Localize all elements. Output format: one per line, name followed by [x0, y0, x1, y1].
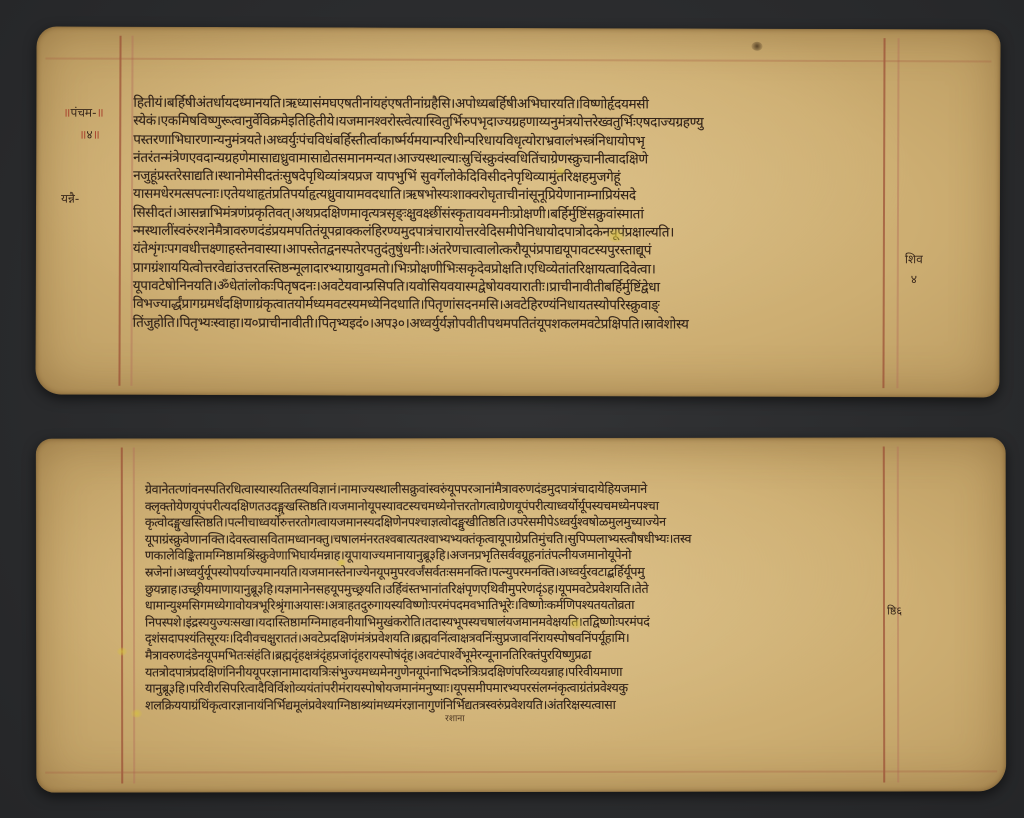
red-ruling-line	[45, 58, 991, 62]
red-ruling-line	[118, 36, 121, 386]
red-ruling-line	[45, 770, 997, 773]
text-line: छुयन्नाह।उच्छ्रीयमाणायानुब्रू३हि।यज्ञमान…	[145, 580, 891, 598]
text-line: सिसीदतं।आसन्नाभिमंत्रणंप्रकृतिवत्।अथप्रद…	[133, 204, 895, 225]
text-line: मैत्रावरुणदंडेनयूपमभितःसंहंति।ब्रह्मदृंह…	[145, 646, 891, 664]
left-margin-folio-number: ॥४॥	[79, 128, 100, 142]
stain	[131, 710, 142, 718]
top-leaf-text-block: हितीयं।बर्हिषीअंतर्धायदध्मानयति।ऋध्यासंम…	[133, 94, 896, 334]
top-manuscript-leaf: ॥पंचम-॥ ॥४॥ यन्नै- शिव ४ हितीयं।बर्हिषीअ…	[35, 26, 1000, 397]
manuscript-photo: ॥पंचम-॥ ॥४॥ यन्नै- शिव ४ हितीयं।बर्हिषीअ…	[0, 0, 1024, 818]
text-line: धामान्युश्मसिगमध्येगावोयत्रभूरिश्रृंगाअय…	[145, 597, 891, 615]
margin-correction-note: ष्ठि६	[887, 604, 902, 618]
red-ruling-line	[896, 38, 899, 388]
text-line: निपस्पशे।इंद्रस्ययुज्यःसखा।यदास्तिष्ठामग…	[145, 613, 891, 631]
text-line: कृत्वोदङ्मुखस्तिष्ठति।पत्नीचाध्वर्योरुत्…	[145, 514, 891, 532]
text-line: प्रागग्रंशाययित्वोत्तरवेद्यांउत्तरतस्तिष…	[133, 258, 895, 279]
stain	[569, 619, 582, 629]
bottom-manuscript-leaf: ग्रेवानेतत्णांवनस्पतिरधित्वास्यास्यतितस्…	[36, 437, 1006, 792]
stain	[752, 42, 763, 51]
text-line: यूपावटेषोनिनयति।ॐधेतांलोकःपितृषदनः।अवटेय…	[133, 277, 895, 298]
text-line: यासमधेरमत्सपत्नाः।एतेयथाहृतंप्रतिपर्याहृ…	[133, 185, 895, 206]
red-ruling-line	[133, 448, 135, 784]
text-line: यंतेशृंगःपगवधीत्तक्ष्णाहस्तेनवास्या।आपस्…	[133, 240, 895, 261]
right-margin-deity-label: शिव	[905, 252, 923, 266]
text-line: विभज्यार्द्धंप्रागग्रमर्धंदक्षिणाग्रंकृत…	[133, 295, 895, 316]
left-margin-section-label: ॥पंचम-॥	[63, 106, 103, 120]
text-line: णकालेविङ्कितामग्निष्ठामश्रिंस्क्रुवेणाभि…	[145, 547, 891, 565]
right-margin-folio-number: ४	[911, 272, 917, 286]
red-ruling-line	[121, 448, 123, 784]
left-margin-catchword: यन्नै-	[61, 192, 79, 206]
text-line: दृशंसदापश्यंतिसूरयः।दिवीवचक्षुराततं।अवटे…	[145, 630, 891, 648]
text-line: नंतरंतन्मंत्रेणएवदान्यग्रहणेमासाद्यध्रुव…	[133, 149, 895, 170]
danda-mark: ॥	[93, 128, 100, 142]
text-line: स्येकं।एकमिषविष्णुरूत्वानुर्वेविक्रमेइति…	[133, 112, 895, 133]
text-line: शलक्रिययाग्रंथिंकृत्वारज्ञानायंनिर्भिद्य…	[145, 696, 891, 714]
text-line: क्लृक्तोयेणयूपंपरीत्यदक्षिणतउदङ्मुखस्तिष…	[145, 497, 891, 515]
text-line: यूपाग्रंस्क्रुवेणानक्ति।देवस्त्वासवितामध…	[145, 530, 891, 548]
text-line: पस्तरणाभिघारणान्यनुमंत्रयते।अध्वर्युःपंच…	[133, 130, 895, 151]
text-line: नजुहूंप्रस्तरेसाद्यति।स्थानोमेसीदतंःसुषद…	[133, 167, 895, 188]
text-line: स्रजेनां।अध्वर्युर्यूपस्योपर्याज्यमानयति…	[145, 563, 891, 581]
stain	[607, 229, 625, 242]
text-line: यतत्रोदपात्रंप्रदक्षिणंनिनीययूपरज्ञानामा…	[145, 663, 891, 681]
stain	[337, 559, 346, 566]
text-line: ग्रेवानेतत्णांवनस्पतिरधित्वास्यास्यतितस्…	[145, 480, 891, 498]
bottom-leaf-text-block: ग्रेवानेतत्णांवनस्पतिरधित्वास्यास्यतितस्…	[145, 480, 891, 713]
interlinear-gloss: रशाना	[445, 711, 464, 724]
text-line: हितीयं।बर्हिषीअंतर्धायदध्मानयति।ऋध्यासंम…	[133, 94, 895, 115]
stain	[555, 167, 566, 175]
danda-mark: ॥	[96, 106, 103, 120]
text-line: न्मस्थालींस्वरुंरशनेमैत्रावरुणदंडंप्रयमप…	[133, 222, 895, 243]
text-line: यानुब्रू३हि।परिवीरसिपरित्वादैविर्विशोव्य…	[145, 680, 891, 698]
text-line: तिंजुहोति।पितृभ्यःस्वाहा।य०प्राचीनावीती।…	[133, 313, 895, 334]
stain	[117, 648, 127, 656]
